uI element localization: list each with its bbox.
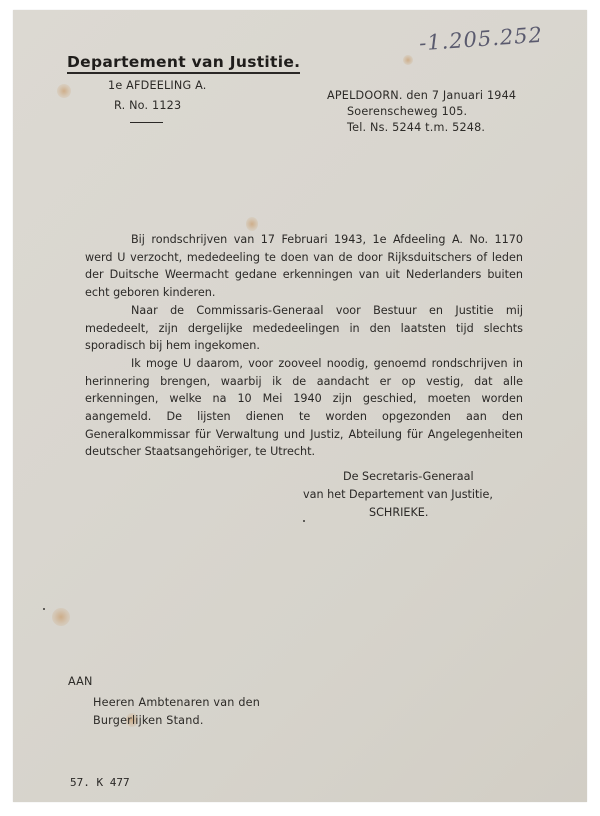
department-title: Departement van Justitie. [67, 53, 300, 74]
signature-name: SCHRIEKE. [369, 506, 428, 519]
division-label: 1e AFDEELING A. [108, 79, 207, 92]
addressee-line2: Burgerlijken Stand. [93, 714, 204, 727]
street-address: Soerenscheweg 105. [347, 105, 467, 118]
foxing-stain [246, 217, 258, 231]
print-code: 57. K 477 [70, 776, 130, 789]
letter-body: Bij rondschrijven van 17 Februari 1943, … [85, 231, 523, 461]
place-date: APELDOORN. den 7 Januari 1944 [327, 89, 516, 102]
foxing-stain [403, 55, 413, 65]
foxing-stain [52, 608, 70, 626]
signature-title-line2: van het Departement van Justitie, [303, 488, 493, 501]
foxing-stain [57, 84, 71, 98]
signature-title-line1: De Secretaris-Generaal [343, 470, 474, 483]
addressee-label: AAN [68, 675, 93, 688]
ink-speck [43, 608, 45, 610]
body-paragraph: Bij rondschrijven van 17 Februari 1943, … [85, 231, 523, 302]
divider-dash [130, 122, 163, 123]
addressee-line1: Heeren Ambtenaren van den [93, 696, 260, 709]
handwritten-annotation: -1.205.252 [418, 23, 543, 56]
reference-number: R. No. 1123 [114, 99, 181, 112]
body-paragraph: Ik moge U daarom, voor zooveel noodig, g… [85, 355, 523, 461]
letter-page: Departement van Justitie. 1e AFDEELING A… [13, 10, 587, 802]
body-paragraph: Naar de Commissaris-Generaal voor Bestuu… [85, 302, 523, 355]
ink-speck [303, 520, 305, 522]
phone-numbers: Tel. Ns. 5244 t.m. 5248. [347, 121, 485, 134]
